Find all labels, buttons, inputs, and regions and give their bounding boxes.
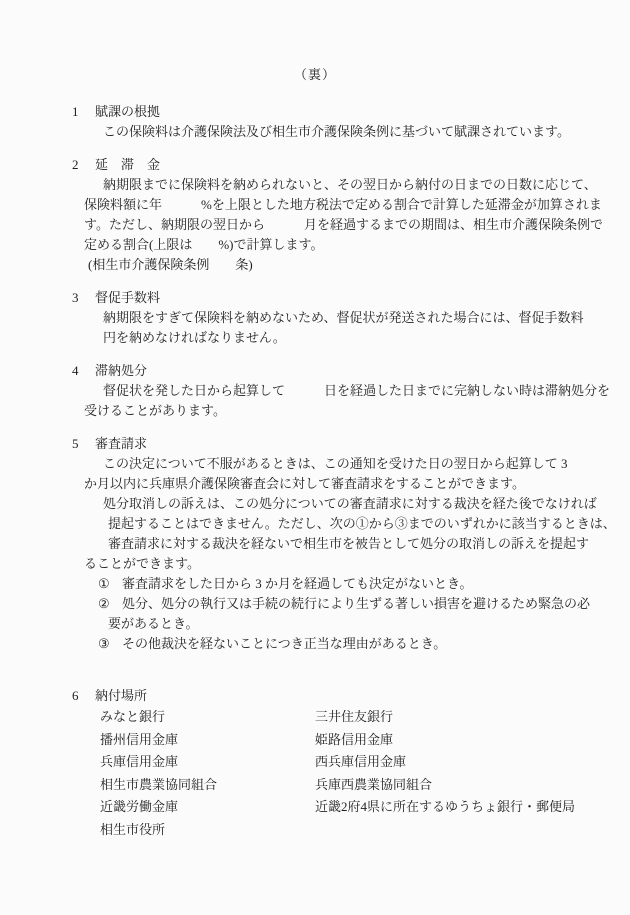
section-title: 督促手数料 bbox=[95, 290, 160, 305]
circled-number-marker: ③ bbox=[98, 634, 122, 654]
document-page: （裏） 1賦課の根拠この保険料は介護保険法及び相生市介護保険条例に基づいて賦課さ… bbox=[0, 0, 630, 915]
line-text: その他裁決を経ないことにつき正当な理由があるとき。 bbox=[122, 636, 446, 651]
payment-location-left: みなと銀行 bbox=[100, 706, 315, 729]
text-line: この決定について不服があるときは、この通知を受けた日の翌日から起算して 3 bbox=[72, 454, 630, 474]
text-line: ることができます。 bbox=[72, 554, 630, 574]
payment-location-row: 相生市役所 bbox=[72, 819, 630, 842]
section-title: 延 滞 金 bbox=[95, 157, 160, 172]
section-number: 4 bbox=[72, 361, 95, 381]
line-text: 審査請求に対する裁決を経ないで相生市を被告として処分の取消しの訴えを提起す bbox=[108, 536, 589, 551]
circled-number-marker: ② bbox=[98, 594, 122, 614]
payment-location-left: 相生市農業協同組合 bbox=[100, 774, 315, 797]
payment-location-right: 西兵庫信用金庫 bbox=[315, 754, 406, 769]
section-title: 賦課の根拠 bbox=[95, 104, 160, 119]
line-text: この保険料は介護保険法及び相生市介護保険条例に基づいて賦課されています。 bbox=[103, 124, 570, 139]
line-text: この決定について不服があるときは、この通知を受けた日の翌日から起算して 3 bbox=[103, 456, 568, 471]
text-line: この保険料は介護保険法及び相生市介護保険条例に基づいて賦課されています。 bbox=[72, 122, 630, 142]
section-2: 2延 滞 金納期限までに保険料を納められないと、その翌日から納付の日までの日数に… bbox=[72, 155, 630, 275]
section-1: 1賦課の根拠この保険料は介護保険法及び相生市介護保険条例に基づいて賦課されていま… bbox=[72, 102, 630, 142]
section-heading: 2延 滞 金 bbox=[72, 155, 630, 175]
line-text: 審査請求をした日から 3 か月を経過しても決定がないとき。 bbox=[122, 576, 472, 591]
line-text: 受けることがあります。 bbox=[84, 403, 226, 418]
section-title: 納付場所 bbox=[95, 688, 147, 703]
document-body: 1賦課の根拠この保険料は介護保険法及び相生市介護保険条例に基づいて賦課されていま… bbox=[0, 102, 630, 842]
page-title: （裏） bbox=[0, 65, 630, 85]
section-heading: 4滞納処分 bbox=[72, 361, 630, 381]
payment-location-right: 近畿2府4県に所在するゆうちょ銀行・郵便局 bbox=[315, 799, 575, 814]
section-title: 滞納処分 bbox=[95, 363, 147, 378]
line-text: 保険料額に年 %を上限とした地方税法で定める割合で計算した延滞金が加算されま bbox=[84, 197, 602, 212]
text-line: 処分取消しの訴えは、この処分についての審査請求に対する裁決を経た後でなければ bbox=[72, 494, 630, 514]
line-text: 要があるとき。 bbox=[108, 616, 198, 631]
line-text: 円を納めなければなりません。 bbox=[103, 330, 286, 345]
text-line: 保険料額に年 %を上限とした地方税法で定める割合で計算した延滞金が加算されま bbox=[72, 195, 630, 215]
text-line: 受けることがあります。 bbox=[72, 401, 630, 421]
payment-location-left: 兵庫信用金庫 bbox=[100, 751, 315, 774]
text-line: 納期限をすぎて保険料を納めないため、督促状が発送された場合には、督促手数料 bbox=[72, 308, 630, 328]
payment-location-row: 播州信用金庫姫路信用金庫 bbox=[72, 729, 630, 752]
circled-number-marker: ① bbox=[98, 574, 122, 594]
line-text: 納期限までに保険料を納められないと、その翌日から納付の日までの日数に応じて、 bbox=[103, 177, 597, 192]
section-5: 5審査請求この決定について不服があるときは、この通知を受けた日の翌日から起算して… bbox=[72, 434, 630, 654]
payment-location-row: 近畿労働金庫近畿2府4県に所在するゆうちょ銀行・郵便局 bbox=[72, 796, 630, 819]
text-line: 審査請求に対する裁決を経ないで相生市を被告として処分の取消しの訴えを提起す bbox=[72, 534, 630, 554]
line-text: ることができます。 bbox=[84, 556, 200, 571]
section-number: 6 bbox=[72, 686, 95, 706]
payment-location-left: 播州信用金庫 bbox=[100, 729, 315, 752]
line-text: (相生市介護保険条例 条) bbox=[88, 257, 253, 272]
payment-location-left: 相生市役所 bbox=[100, 819, 315, 842]
text-line: 定める割合(上限は %)で計算します。 bbox=[72, 235, 630, 255]
text-line: 督促状を発した日から起算して 日を経過した日までに完納しない時は滞納処分を bbox=[72, 381, 630, 401]
text-line: す。ただし、納期限の翌日から 月を経過するまでの期間は、相生市介護保険条例で bbox=[72, 215, 630, 235]
line-text: 処分取消しの訴えは、この処分についての審査請求に対する裁決を経た後でなければ bbox=[103, 496, 597, 511]
payment-location-left: 近畿労働金庫 bbox=[100, 796, 315, 819]
line-text: 納期限をすぎて保険料を納めないため、督促状が発送された場合には、督促手数料 bbox=[103, 310, 583, 325]
section-heading: 3督促手数料 bbox=[72, 288, 630, 308]
section-heading: 6納付場所 bbox=[72, 686, 630, 706]
text-line: 要があるとき。 bbox=[72, 614, 630, 634]
section-heading: 5審査請求 bbox=[72, 434, 630, 454]
text-line: (相生市介護保険条例 条) bbox=[72, 255, 630, 275]
line-text: す。ただし、納期限の翌日から 月を経過するまでの期間は、相生市介護保険条例で bbox=[84, 217, 603, 232]
section-number: 1 bbox=[72, 102, 95, 122]
payment-location-row: 相生市農業協同組合兵庫西農業協同組合 bbox=[72, 774, 630, 797]
line-text: か月以内に兵庫県介護保険審査会に対して審査請求をすることができます。 bbox=[84, 476, 525, 491]
section-number: 5 bbox=[72, 434, 95, 454]
list-item: ①審査請求をした日から 3 か月を経過しても決定がないとき。 bbox=[72, 574, 630, 594]
text-line: 提起することはできません。ただし、次の①から③までのいずれかに該当するときは、 bbox=[72, 514, 630, 534]
text-line: か月以内に兵庫県介護保険審査会に対して審査請求をすることができます。 bbox=[72, 474, 630, 494]
line-text: 督促状を発した日から起算して 日を経過した日までに完納しない時は滞納処分を bbox=[103, 383, 610, 398]
payment-location-row: みなと銀行三井住友銀行 bbox=[72, 706, 630, 729]
list-item: ③その他裁決を経ないことにつき正当な理由があるとき。 bbox=[72, 634, 630, 654]
line-text: 定める割合(上限は %)で計算します。 bbox=[84, 237, 323, 252]
section-number: 2 bbox=[72, 155, 95, 175]
section-heading: 1賦課の根拠 bbox=[72, 102, 630, 122]
line-text: 処分、処分の執行又は手続の続行により生ずる著しい損害を避けるため緊急の必 bbox=[122, 596, 590, 611]
text-line: 納期限までに保険料を納められないと、その翌日から納付の日までの日数に応じて、 bbox=[72, 175, 630, 195]
section-3: 3督促手数料納期限をすぎて保険料を納めないため、督促状が発送された場合には、督促… bbox=[72, 288, 630, 348]
payment-location-right: 三井住友銀行 bbox=[315, 709, 393, 724]
section-number: 3 bbox=[72, 288, 95, 308]
section-6: 6納付場所みなと銀行三井住友銀行播州信用金庫姫路信用金庫兵庫信用金庫西兵庫信用金… bbox=[72, 686, 630, 842]
payment-location-right: 姫路信用金庫 bbox=[315, 732, 393, 747]
line-text: 提起することはできません。ただし、次の①から③までのいずれかに該当するときは、 bbox=[108, 516, 616, 531]
payment-location-row: 兵庫信用金庫西兵庫信用金庫 bbox=[72, 751, 630, 774]
section-title: 審査請求 bbox=[95, 436, 147, 451]
section-4: 4滞納処分督促状を発した日から起算して 日を経過した日までに完納しない時は滞納処… bbox=[72, 361, 630, 421]
list-item: ②処分、処分の執行又は手続の続行により生ずる著しい損害を避けるため緊急の必 bbox=[72, 594, 630, 614]
payment-location-right: 兵庫西農業協同組合 bbox=[315, 777, 432, 792]
text-line: 円を納めなければなりません。 bbox=[72, 328, 630, 348]
